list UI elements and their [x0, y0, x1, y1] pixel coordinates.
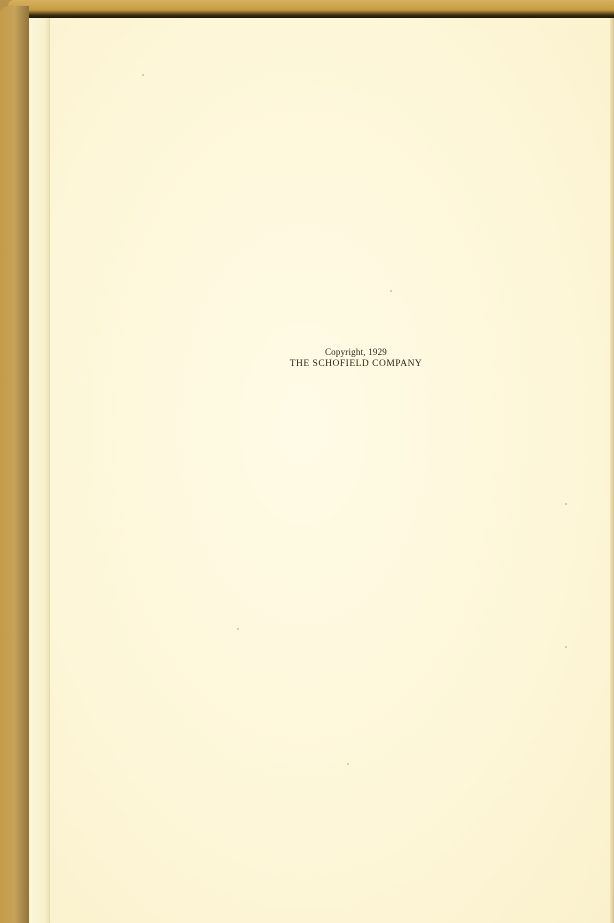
- page-right-edge: [610, 18, 614, 923]
- publisher-name: THE SCHOFIELD COMPANY: [280, 358, 432, 370]
- copyright-year: Copyright, 1929: [280, 346, 432, 358]
- book-page: [50, 18, 614, 923]
- cover-top-edge: [8, 0, 614, 18]
- book-spine: [0, 6, 29, 923]
- page-fold: [29, 18, 50, 923]
- copyright-notice: Copyright, 1929 THE SCHOFIELD COMPANY: [280, 346, 432, 370]
